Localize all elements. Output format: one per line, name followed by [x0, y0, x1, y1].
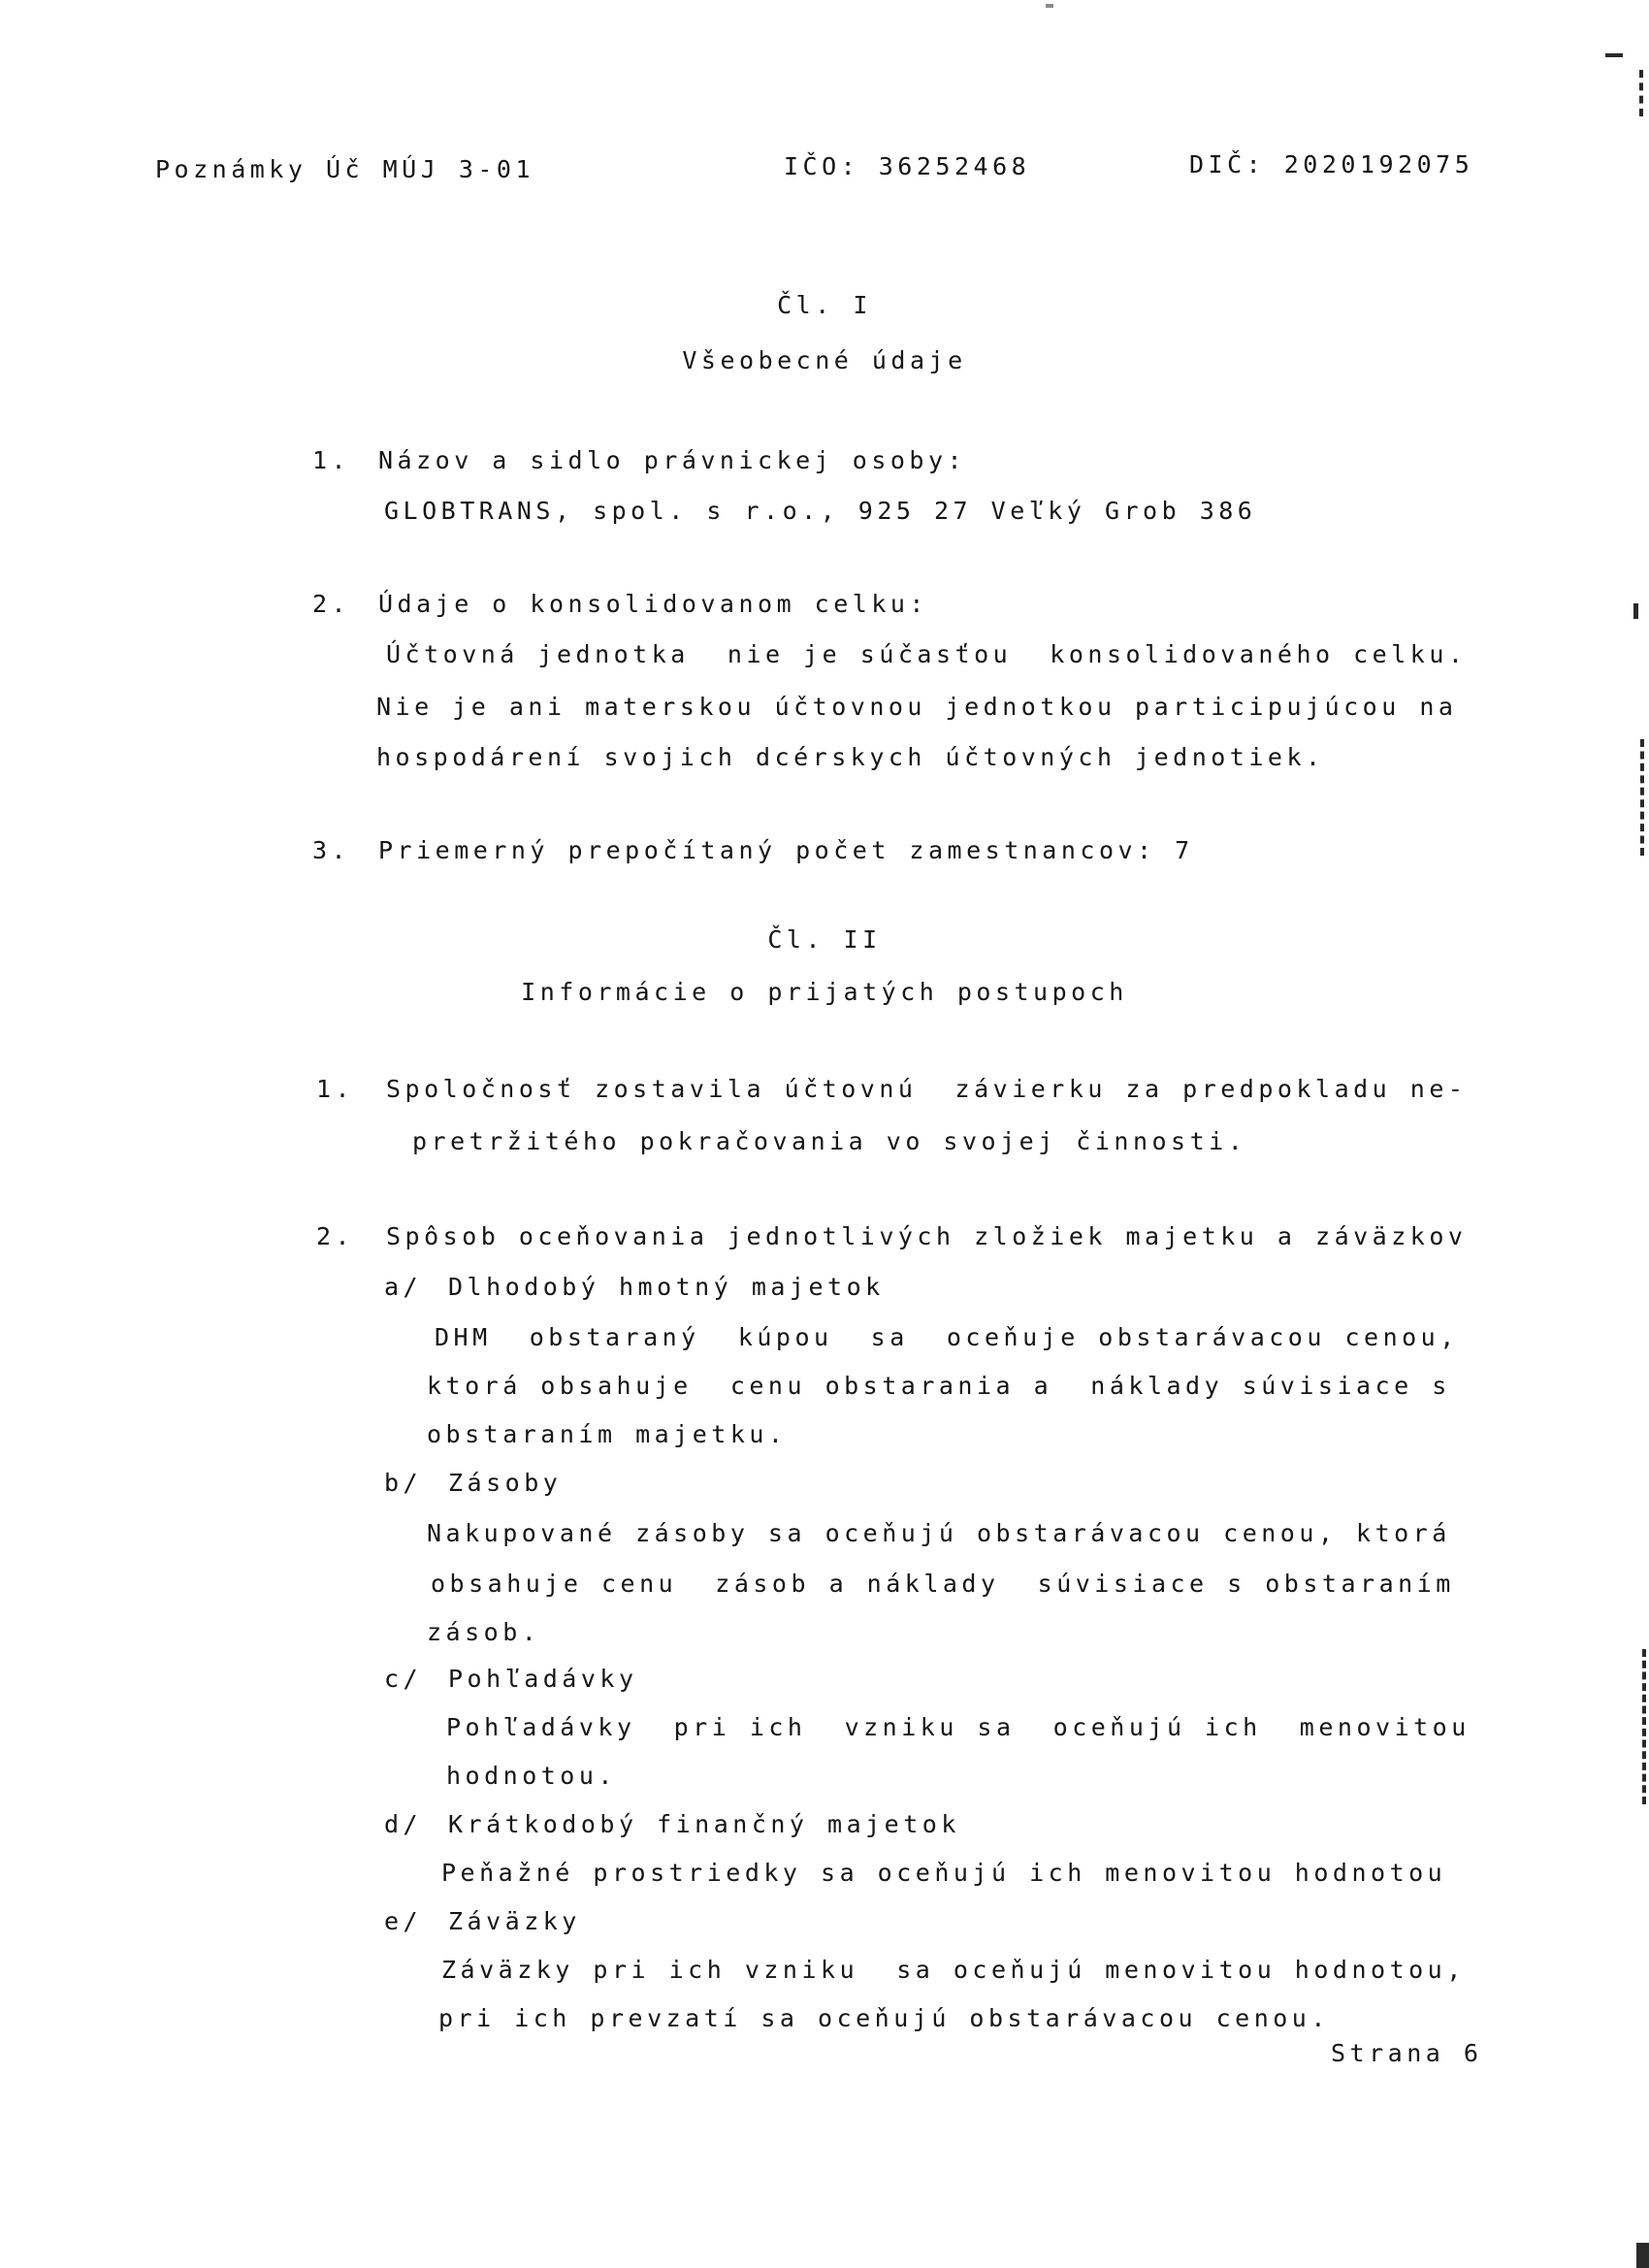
item-number: 2. [312, 588, 350, 621]
scan-dash [1605, 53, 1623, 57]
scan-corner-mark [1636, 2243, 1649, 2268]
scan-speck [1046, 4, 1053, 8]
subitem-heading: Pohľadávky [448, 1663, 638, 1696]
item-text: Účtovná jednotka nie je súčasťou konsoli… [386, 638, 1467, 671]
subitem-text: obsahuje cenu zásob a náklady súvisiace … [431, 1568, 1455, 1601]
subitem-text: hodnotou. [446, 1760, 617, 1793]
subitem-text: DHM obstaraný kúpou sa oceňuje obstaráva… [435, 1321, 1459, 1354]
item-number: 2. [316, 1220, 354, 1253]
subitem-text: ktorá obsahuje cenu obstarania a náklady… [427, 1370, 1451, 1403]
item-text: Spoločnosť zostavila účtovnú závierku za… [386, 1073, 1467, 1106]
item-text: hospodárení svojich dcérskych účtovných … [376, 741, 1325, 774]
subitem-text: pri ich prevzatí sa oceňujú obstarávacou… [438, 2002, 1330, 2035]
item-text: Priemerný prepočítaný počet zamestnancov… [378, 834, 1194, 867]
scanned-document-page: Poznámky Úč MÚJ 3-01 IČO: 36252468 DIČ: … [0, 0, 1649, 2268]
subitem-text: Nakupované zásoby sa oceňujú obstarávaco… [427, 1517, 1451, 1550]
article-1-title: Čl. I [0, 289, 1649, 322]
subitem-label: d/ [384, 1808, 422, 1841]
item-number: 1. [312, 444, 350, 477]
subitem-text: zásob. [427, 1616, 540, 1649]
item-text: Názov a sidlo právnickej osoby: [378, 444, 966, 477]
subitem-label: b/ [384, 1467, 422, 1500]
subitem-heading: Krátkodobý finančný majetok [448, 1808, 960, 1841]
item-number: 1. [316, 1073, 354, 1106]
article-2-title: Čl. II [0, 923, 1649, 956]
ico-number: IČO: 36252468 [784, 150, 1030, 183]
item-text: pretržitého pokračovania vo svojej činno… [412, 1125, 1246, 1158]
subitem-heading: Záväzky [448, 1905, 581, 1938]
subitem-label: a/ [384, 1271, 422, 1304]
subitem-text: Peňažné prostriedky sa oceňujú ich menov… [441, 1857, 1446, 1890]
scan-dashed-line [1642, 1649, 1649, 1804]
item-text: Údaje o konsolidovanom celku: [378, 588, 928, 621]
subitem-heading: Dlhodobý hmotný majetok [448, 1271, 885, 1304]
subitem-text: obstaraním majetku. [427, 1418, 787, 1451]
item-text: Spôsob oceňovania jednotlivých zložiek m… [386, 1220, 1467, 1253]
page-number: Strana 6 [1331, 2037, 1482, 2070]
form-id: Poznámky Úč MÚJ 3-01 [155, 153, 534, 186]
subitem-label: c/ [384, 1663, 422, 1696]
item-number: 3. [312, 834, 350, 867]
scan-tick [1633, 603, 1638, 619]
article-1-subtitle: Všeobecné údaje [0, 344, 1649, 377]
dic-number: DIČ: 2020192075 [1189, 148, 1473, 181]
item-text: GLOBTRANS, spol. s r.o., 925 27 Veľký Gr… [384, 495, 1256, 528]
subitem-text: Pohľadávky pri ich vzniku sa oceňujú ich… [446, 1711, 1471, 1744]
subitem-text: Záväzky pri ich vzniku sa oceňujú menovi… [441, 1954, 1466, 1987]
scan-dashed-line [1640, 739, 1648, 856]
article-2-subtitle: Informácie o prijatých postupoch [0, 976, 1649, 1009]
subitem-label: e/ [384, 1905, 422, 1938]
scan-dotted-mark [1639, 70, 1647, 116]
item-text: Nie je ani materskou účtovnou jednotkou … [376, 691, 1457, 724]
subitem-heading: Zásoby [448, 1467, 562, 1500]
